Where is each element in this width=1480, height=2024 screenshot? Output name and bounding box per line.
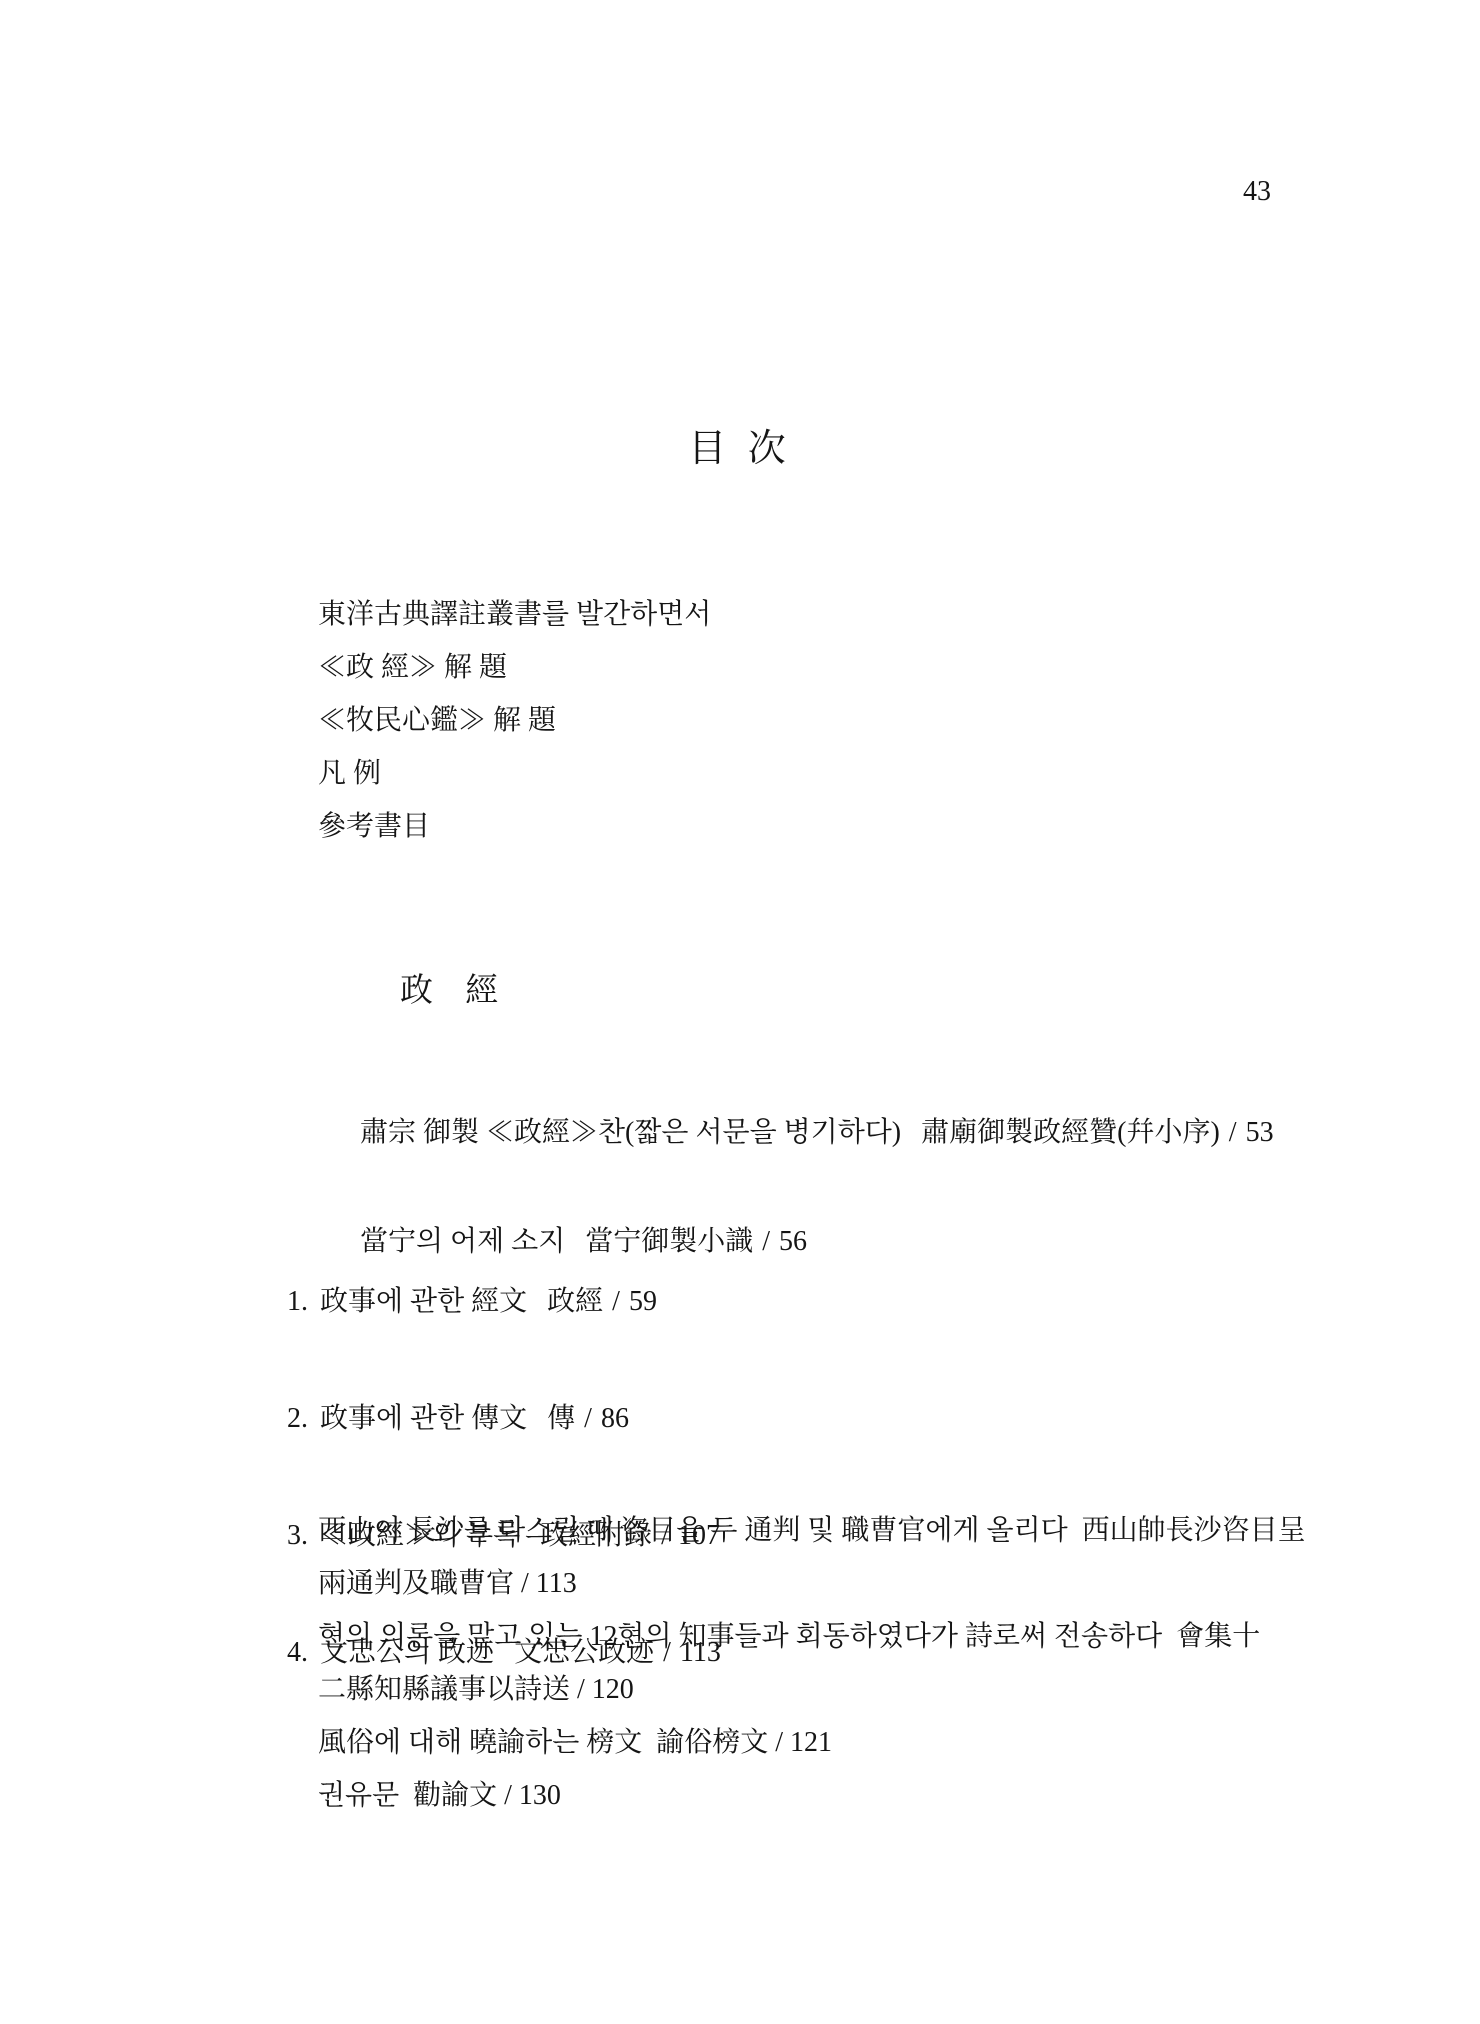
entry-source: 當宁御製小識 (585, 1226, 753, 1257)
entry-number: 1. (287, 1286, 308, 1317)
entry-number: 4. (287, 1637, 308, 1668)
entry-number: 3. (287, 1520, 308, 1551)
entry-title: 政事에 관한 經文 (320, 1286, 527, 1317)
entry-separator: / (612, 1286, 620, 1317)
sub-entry-line: 권유문 勸諭文 / 130 (318, 1782, 1306, 1810)
entry-source: 政經 (547, 1286, 603, 1317)
page-number: 43 (1243, 178, 1271, 206)
front-matter-list: 東洋古典譯註叢書를 발간하면서 ≪政 經≫ 解 題 ≪牧民心鑑≫ 解 題 凡 例… (318, 601, 711, 866)
entry-title: 肅宗 御製 ≪政經≫찬(짧은 서문을 병기하다) (360, 1117, 901, 1148)
sub-entry-line: 風俗에 대해 曉諭하는 榜文 諭俗榜文 / 121 (318, 1729, 1306, 1757)
entry-title: 當宁의 어제 소지 (360, 1226, 565, 1257)
sub-entry-line: 兩通判及職曹官 / 113 (318, 1570, 1306, 1598)
toc-entry: 肅宗 御製 ≪政經≫찬(짧은 서문을 병기하다)肅廟御製政經贊(幷小序)/53 (318, 1091, 1274, 1175)
toc-entry: 2.政事에 관한 傳文傳/86 (245, 1377, 721, 1461)
entry-separator: / (584, 1403, 592, 1434)
toc-entry: 1.政事에 관한 經文政經/59 (245, 1260, 721, 1344)
entry-page: 86 (601, 1403, 629, 1434)
entry-number: 2. (287, 1403, 308, 1434)
front-matter-item: ≪牧民心鑑≫ 解 題 (318, 707, 711, 735)
entry-separator: / (762, 1226, 770, 1257)
section-title: 政 經 (400, 975, 510, 1008)
sub-entries: 西山이 長沙를 다스릴 때 咨目을 두 通判 및 職曹官에게 올리다 西山帥長沙… (318, 1517, 1306, 1835)
entry-title: 政事에 관한 傳文 (320, 1403, 527, 1434)
page-title: 目 次 (0, 430, 1480, 468)
entry-page: 53 (1246, 1117, 1274, 1148)
front-matter-item: ≪政 經≫ 解 題 (318, 654, 711, 682)
sub-entry-line: 西山이 長沙를 다스릴 때 咨目을 두 通判 및 職曹官에게 올리다 西山帥長沙… (318, 1517, 1306, 1545)
entry-source: 傳 (547, 1403, 575, 1434)
entry-page: 56 (779, 1226, 807, 1257)
scanned-book-page: 43 目 次 東洋古典譯註叢書를 발간하면서 ≪政 經≫ 解 題 ≪牧民心鑑≫ … (0, 0, 1480, 2024)
front-matter-item: 參考書目 (318, 813, 711, 841)
entry-source: 肅廟御製政經贊(幷小序) (921, 1117, 1220, 1148)
sub-entry-line: 현의 의론을 맡고 있는 12현의 知事들과 회동하였다가 詩로써 전송하다 會… (318, 1623, 1306, 1651)
entry-separator: / (1229, 1117, 1237, 1148)
front-matter-item: 凡 例 (318, 760, 711, 788)
entry-page: 59 (629, 1286, 657, 1317)
sub-entry-line: 二縣知縣議事以詩送 / 120 (318, 1676, 1306, 1704)
front-matter-item: 東洋古典譯註叢書를 발간하면서 (318, 601, 711, 629)
